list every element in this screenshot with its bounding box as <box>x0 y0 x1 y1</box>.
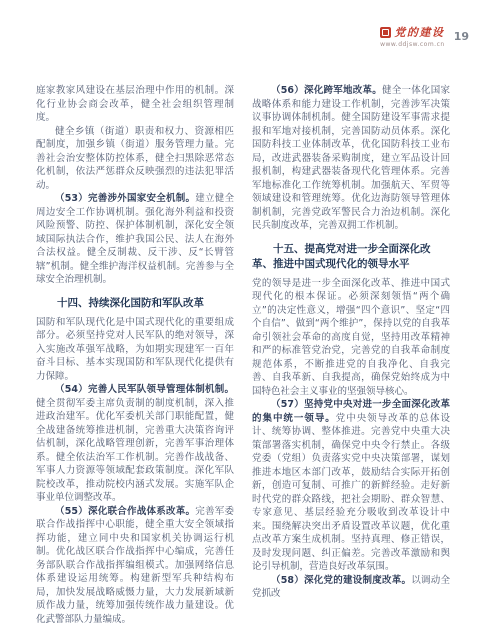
paragraph: 健全乡镇（街道）职责和权力、资源相匹配制度，加强乡镇（街道）服务管理力量。完善社… <box>36 125 234 193</box>
item-58-lead: （58）深化党的建设制度改革。 <box>271 575 411 586</box>
item-55-lead: （55）深化联合作战体系改革。 <box>55 506 195 517</box>
item-57-text: 党中央领导改革的总体设计、统筹协调、整体推进。完善党中央重大决策部署落实机制，确… <box>252 413 450 573</box>
logo-website-url: www.ddjsw.com.cn <box>380 41 445 48</box>
logo-seal-icon <box>380 27 391 38</box>
page-header: 党的建设 www.ddjsw.com.cn 19 <box>380 24 469 48</box>
item-56-lead: （56）深化跨军地改革。 <box>271 85 382 96</box>
right-text-column: （56）深化跨军地改革。健全一体化国家战略体系和能力建设工作机制，完善涉军决策议… <box>252 84 450 601</box>
item-54-text: 健全贯彻军委主席负责制的制度机制，深入推进政治建军。优化军委机关部门职能配置，健… <box>36 398 234 504</box>
paragraph-item-57: （57）坚持党中央对进一步全面深化改革的集中统一领导。党中央领导改革的总体设计、… <box>252 398 450 574</box>
magazine-page: 党的建设 www.ddjsw.com.cn 19 庭家教家风建设在基层治理中作用… <box>0 0 485 640</box>
paragraph-item-58: （58）深化党的建设制度改革。以调动全党抓改 <box>252 574 450 601</box>
section-heading-15: 十五、提高党对进一步全面深化改革、推进中国式现代化的领导水平 <box>252 242 450 272</box>
paragraph-item-56: （56）深化跨军地改革。健全一体化国家战略体系和能力建设工作机制，完善涉军决策议… <box>252 84 450 233</box>
section-15-intro: 党的领导是进一步全面深化改革、推进中国式现代化的根本保证。必须深刻领悟“两个确立… <box>252 277 450 399</box>
paragraph-continued: 庭家教家风建设在基层治理中作用的机制。深化行业协会商会改革，健全社会组织管理制度… <box>36 84 234 125</box>
paragraph-item-54: （54）完善人民军队领导管理体制机制。健全贯彻军委主席负责制的制度机制，深入推进… <box>36 383 234 505</box>
magazine-logo: 党的建设 www.ddjsw.com.cn <box>380 24 445 48</box>
logo-title: 党的建设 <box>394 24 444 40</box>
item-56-text: 健全一体化国家战略体系和能力建设工作机制，完善涉军决策议事协调体制机制。健全国防… <box>252 85 450 231</box>
section-heading-14: 十四、持续深化国防和军队改革 <box>36 296 234 311</box>
section-14-intro: 国防和军队现代化是中国式现代化的重要组成部分。必须坚持党对人民军队的绝对领导，深… <box>36 316 234 384</box>
paragraph-item-53: （53）完善涉外国家安全机制。建立健全周边安全工作协调机制。强化海外利益和投资风… <box>36 192 234 287</box>
left-text-column: 庭家教家风建设在基层治理中作用的机制。深化行业协会商会改革，健全社会组织管理制度… <box>36 84 234 626</box>
item-55-text: 完善军委联合作战指挥中心职能，健全重大安全领域指挥功能，建立同中央和国家机关协调… <box>36 506 234 625</box>
paragraph-item-55: （55）深化联合作战体系改革。完善军委联合作战指挥中心职能，健全重大安全领域指挥… <box>36 505 234 627</box>
item-54-lead: （54）完善人民军队领导管理体制机制。 <box>55 384 234 395</box>
page-number: 19 <box>454 30 469 43</box>
item-53-lead: （53）完善涉外国家安全机制。 <box>55 193 195 204</box>
item-53-text: 建立健全周边安全工作协调机制。强化海外利益和投资风险预警、防控、保护体制机制，深… <box>36 193 234 285</box>
